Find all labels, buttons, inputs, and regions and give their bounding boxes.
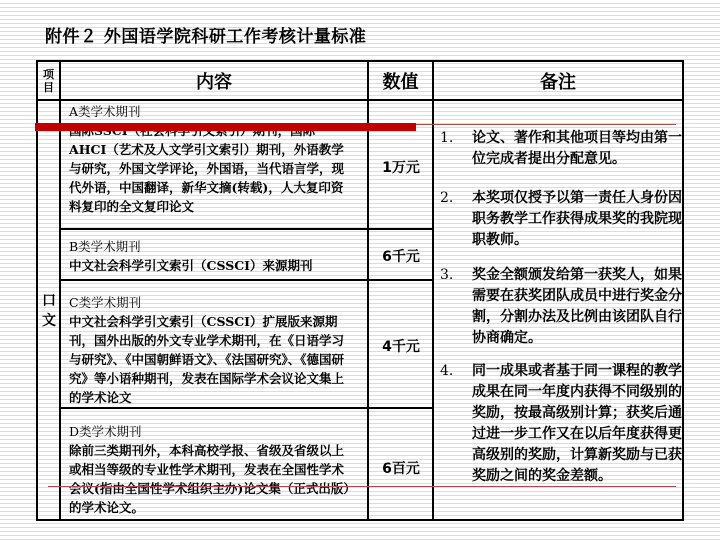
remark-3-number: 3. [440,265,472,349]
accent-rule-top [416,124,676,125]
header-content: 内容 [61,62,367,99]
remark-3-text: 奖金全额颁发给第一获奖人，如果需要在获奖团队成员中进行奖金分割，分割办法及比例由… [472,265,682,349]
remark-2-text: 本奖项仅授予以第一责任人身份因职务教学工作获得成果奖的我院现职教师。 [472,188,682,251]
row-b-value: 6千元 [369,246,433,266]
row-c-category: C类学术期刊 [69,293,351,312]
row-divider-cd [61,407,434,409]
row-a-description: 国际SSCI（社会科学引文索引）期刊，国际AHCI（艺术及人文学引文索引）期刊，… [69,121,351,216]
header-item-char-2: 目 [43,81,54,94]
row-c-value: 4千元 [369,336,433,356]
remark-4-text: 同一成果或者基于同一课程的教学成果在同一年度内获得不同级别的奖励，按最高级别计算… [472,361,682,487]
remark-2-number: 2. [440,188,472,251]
row-divider-ab [61,228,434,230]
side-label: 口 文 [38,291,60,331]
remark-1-text: 论文、著作和其他项目等均由第一位完成者提出分配意见。 [472,128,682,170]
red-accent-bar [35,123,416,131]
page-title: 附件２ 外国语学院科研工作考核计量标准 [45,22,366,47]
row-c-description: 中文社会科学引文索引（CSSCI）扩展版来源期刊，国外出版的外文专业学术期刊，在… [69,312,351,407]
side-label-char-2: 文 [38,311,60,331]
row-b-content: B类学术期刊 中文社会科学引文索引（CSSCI）来源期刊 [61,237,351,275]
row-c-content: C类学术期刊 中文社会科学引文索引（CSSCI）扩展版来源期刊，国外出版的外文专… [61,293,351,407]
remark-2: 2. 本奖项仅授予以第一责任人身份因职务教学工作获得成果奖的我院现职教师。 [440,188,682,251]
row-a-category: A类学术期刊 [69,102,351,121]
row-d-content: D类学术期刊 除前三类期刊外，本科高校学报、省级及省级以上或相当等级的专业性学术… [61,422,351,517]
accent-rule-bottom [48,486,676,487]
header-item-char-1: 项 [43,68,54,81]
remark-4: 4. 同一成果或者基于同一课程的教学成果在同一年度内获得不同级别的奖励，按最高级… [440,361,682,487]
col-divider-value [432,62,434,519]
row-b-description: 中文社会科学引文索引（CSSCI）来源期刊 [69,256,351,275]
header-value: 数值 [369,62,432,99]
remark-1-number: 1. [440,128,472,170]
row-b-category: B类学术期刊 [69,237,351,256]
side-label-char-1: 口 [38,291,60,311]
remark-4-number: 4. [440,361,472,487]
remark-3: 3. 奖金全额颁发给第一获奖人，如果需要在获奖团队成员中进行奖金分割，分割办法及… [440,265,682,349]
row-a-value: 1万元 [369,157,433,177]
row-d-category: D类学术期刊 [69,422,351,441]
header-remarks: 备注 [434,62,682,99]
row-divider-bc [61,279,434,281]
row-a-content: A类学术期刊 国际SSCI（社会科学引文索引）期刊，国际AHCI（艺术及人文学引… [61,102,351,216]
header-item: 项 目 [38,62,59,99]
header-divider [38,99,682,101]
row-d-value: 6百元 [369,458,433,478]
remark-1: 1. 论文、著作和其他项目等均由第一位完成者提出分配意见。 [440,128,682,170]
row-d-description: 除前三类期刊外，本科高校学报、省级及省级以上或相当等级的专业性学术期刊，发表在全… [69,441,351,517]
